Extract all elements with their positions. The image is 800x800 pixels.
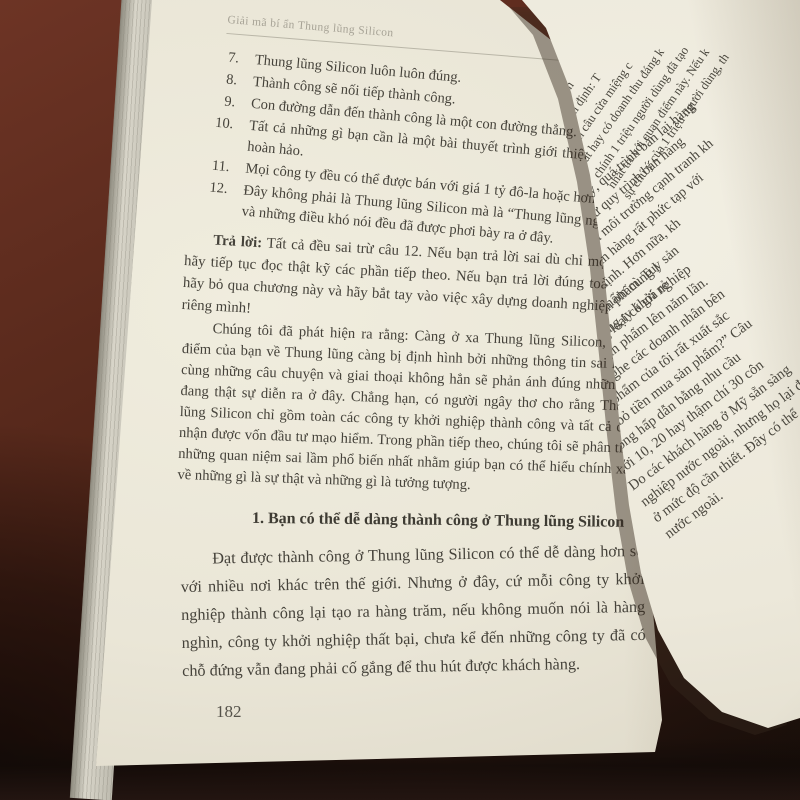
running-header-text: Giải mã bí ẩn Thung lũng Silicon [227,14,394,39]
answer-label: Trả lời: [213,233,263,252]
list-item-number: 11. [199,155,231,179]
list-item-number: 10. [201,112,235,156]
photo-open-book: Giải mã bí ẩn Thung lũng Silicon 7. Thun… [0,0,800,800]
page-number: 182 [216,702,242,722]
list-item-number: 8. [206,68,238,92]
list-item-number: 9. [204,90,236,114]
section-heading: 1. Bạn có thể dễ dàng thành công ở Thung… [252,510,652,532]
body-paragraph-1: Chúng tôi đã phát hiện ra rằng: Càng ở x… [177,318,641,502]
list-item-number: 12. [195,177,229,221]
body-paragraph-2: Đạt được thành công ở Thung lũng Silicon… [180,537,646,685]
list-item-number: 7. [208,46,240,70]
